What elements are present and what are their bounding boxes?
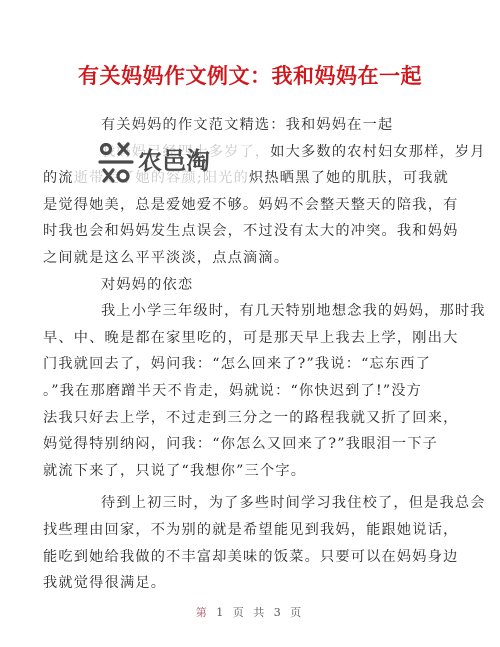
line-text: 时我也会和妈妈发生点误会，不过没有太大的冲突。我和妈妈 [43,223,458,239]
document-title: 有关妈妈作文例文：我和妈妈在一起 [0,60,500,90]
body-line: 门我就回去了，妈问我：“怎么回来了?”我说：“忘东西了 [43,351,430,378]
watermark: 农邑淘 [98,140,210,188]
line-text: 法我只好去上学，不过走到三分之一的路程我就又折了回来， [43,410,458,426]
line-text: 之间就是这么平平淡淡，点点滴滴。 [43,250,289,266]
body-line: 我上小学三年级时，有几天特别地想念我的妈妈，那时我 [72,298,430,325]
line-text: 找些理由回家，不为别的就是希望能见到我妈，能跟她说话， [43,522,458,538]
line-text: 如大多数的农村妇女那样，岁月 [270,144,485,160]
body-line: 之间就是这么平平淡淡，点点滴滴。 [43,245,430,272]
body-line: 有关妈妈的作文范文精选：我和妈妈在一起 [72,112,430,139]
line-text: 炽热晒黑了她的肌肤，可我就 [249,170,449,186]
body-line: 法我只好去上学，不过走到三分之一的路程我就又折了回来， [43,405,430,432]
total-page-count: 3 [274,606,284,619]
body-line: 早、中、晚是都在家里吃的，可是那天早上我去上学，刚出大 [43,325,430,352]
section-heading: 对妈妈的依恋 [72,272,430,299]
current-page-number: 1 [216,606,226,619]
footer-label: 页 [290,606,304,619]
body-line: 能吃到她给我做的不丰富却美味的饭菜。只要可以在妈妈身边 [43,544,430,571]
line-text: 我上小学三年级时，有几天特别地想念我的妈妈，那时我 [101,303,486,319]
line-text: 就流下来了，只说了“我想你”三个字。 [43,463,306,479]
body-line: 找些理由回家，不为别的就是希望能见到我妈，能跟她说话， [43,517,430,544]
body-line: 待到上初三时，为了多些时间学习我住校了，但是我总会 [72,490,430,517]
line-text: 对妈妈的依恋 [101,277,193,293]
line-text: 门我就回去了，妈问我：“怎么回来了?”我说：“忘东西了 [43,356,431,372]
body-line: 是觉得她美，总是爱她爱不够。妈妈不会整天整天的陪我，有 [43,192,430,219]
body-line: 妈觉得特别纳闷，问我：“你怎么又回来了?”我眼泪一下子 [43,431,430,458]
line-text: 早、中、晚是都在家里吃的，可是那天早上我去上学，刚出大 [43,330,458,346]
footer-label: 页 共 [233,606,268,619]
line-text: 妈觉得特别纳闷，问我：“你怎么又回来了?”我眼泪一下子 [43,436,438,452]
line-text: 。”我在那磨蹭半天不肯走，妈就说：“你快迟到了!”没方 [43,383,422,399]
line-text: 我就觉得很满足。 [43,575,166,591]
body-line: 时我也会和妈妈发生点误会，不过没有太大的冲突。我和妈妈 [43,218,430,245]
body-line: 我就觉得很满足。 [43,570,430,597]
footer-label: 第 [196,606,210,619]
line-text: 的流 [43,170,74,186]
line-text: 有关妈妈的作文范文精选：我和妈妈在一起 [101,117,393,133]
page-footer: 第 1 页 共 3 页 [0,604,500,620]
body-line: 就流下来了，只说了“我想你”三个字。 [43,458,430,485]
line-text: 能吃到她给我做的不丰富却美味的饭菜。只要可以在妈妈身边 [43,549,458,565]
line-text: 是觉得她美，总是爱她爱不够。妈妈不会整天整天的陪我，有 [43,197,458,213]
line-text: 待到上初三时，为了多些时间学习我住校了，但是我总会 [101,495,486,511]
watermark-text: 农邑淘 [138,141,210,176]
body-line: 。”我在那磨蹭半天不肯走，妈就说：“你快迟到了!”没方 [43,378,430,405]
nongyitao-logo-icon [98,141,134,187]
